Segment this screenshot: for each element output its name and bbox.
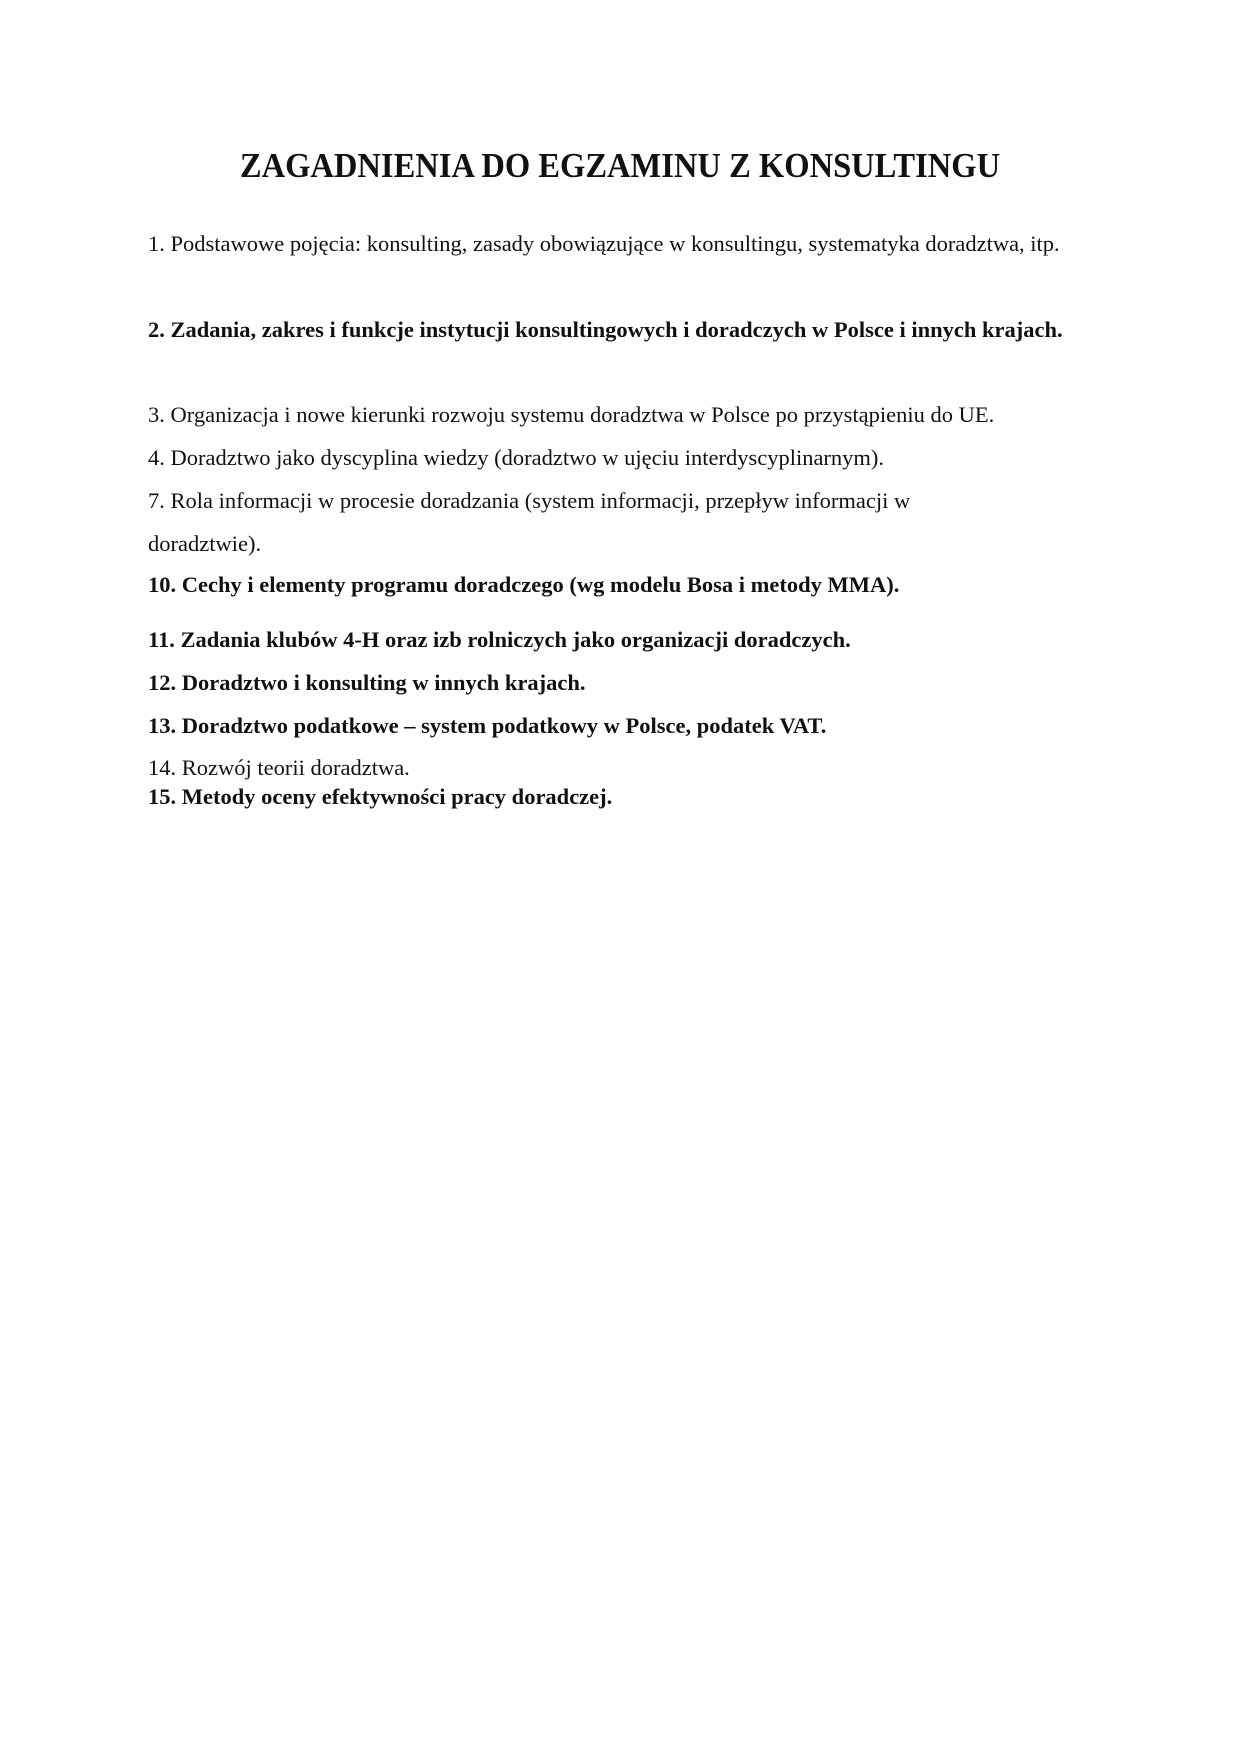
- list-item-10: 10. Cechy i elementy programu doradczego…: [148, 563, 1092, 606]
- list-item-12: 12. Doradztwo i konsulting w innych kraj…: [148, 661, 1092, 704]
- list-item-7: 7. Rola informacji w procesie doradzania…: [148, 479, 1008, 565]
- list-item-11: 11. Zadania klubów 4-H oraz izb rolniczy…: [148, 618, 1092, 661]
- list-item-4: 4. Doradztwo jako dyscyplina wiedzy (dor…: [148, 436, 1092, 479]
- list-item-14: 14. Rozwój teorii doradztwa.: [148, 753, 1092, 783]
- list-item-3: 3. Organizacja i nowe kierunki rozwoju s…: [148, 393, 1092, 436]
- list-item-15: 15. Metody oceny efektywności pracy dora…: [148, 782, 1092, 812]
- list-item-13: 13. Doradztwo podatkowe – system podatko…: [148, 704, 1092, 747]
- document-title: ZAGADNIENIA DO EGZAMINU Z KONSULTINGU: [43, 146, 1196, 186]
- document-page: ZAGADNIENIA DO EGZAMINU Z KONSULTINGU 1.…: [0, 0, 1240, 1754]
- list-item-2: 2. Zadania, zakres i funkcje instytucji …: [148, 308, 1092, 351]
- list-item-1: 1. Podstawowe pojęcia: konsulting, zasad…: [148, 222, 1092, 265]
